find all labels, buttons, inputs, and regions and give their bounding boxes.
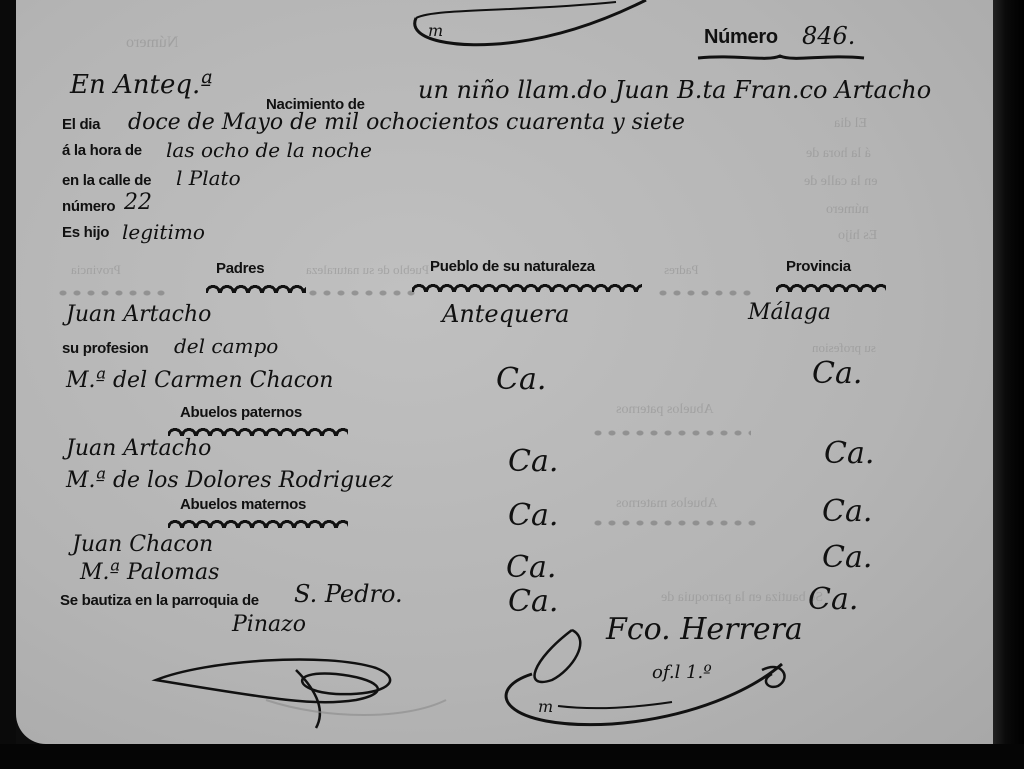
numero-underline-icon (696, 52, 866, 66)
profesion-label: su profesion (62, 340, 148, 357)
madre-provincia-mark: Ca. (812, 356, 862, 391)
ghost-numero2: número (826, 202, 869, 218)
bautizo-value: S. Pedro. (294, 580, 403, 608)
abuelos-paternos-label: Abuelos paternos (180, 404, 302, 421)
padre-pueblo: Antequera (442, 300, 569, 328)
ghost-wave-divider (591, 428, 751, 440)
calle-label: en la calle de (62, 172, 151, 189)
ghost-provincia: Provincia (71, 262, 121, 278)
scan-bottom-edge (0, 744, 1024, 769)
ghost-el-dia: El dia (834, 116, 867, 132)
hora-value: las ocho de la noche (166, 138, 372, 162)
abuela-materna-provincia: Ca. (808, 582, 858, 617)
ghost-hijo: Es hijo (838, 228, 877, 244)
abuela-materna-name: M.ª Palomas (80, 560, 219, 585)
abuela-paterna-name: M.ª de los Dolores Rodriguez (66, 468, 393, 493)
wave-divider-maternos (168, 516, 348, 528)
wave-divider-pueblo (412, 280, 642, 292)
padre-name: Juan Artacho (66, 302, 211, 327)
numero-label: Número (704, 26, 778, 49)
abuelo-paterno-pueblo: Ca. (508, 444, 558, 479)
numero-casa-value: 22 (124, 190, 152, 215)
ghost-bautiza: Se bautiza en la parroquia de (661, 590, 823, 606)
nacimiento-value: un niño llam.do Juan B.ta Fran.co Artach… (418, 76, 931, 104)
calle-value: l Plato (176, 166, 241, 190)
ghost-wave-divider (306, 288, 416, 300)
margin-note: En Anteq.ª (70, 70, 213, 100)
abuelo-materno-pueblo: Ca. (506, 550, 556, 585)
ghost-naturaleza: Pueblo de su naturaleza (306, 262, 429, 278)
abuela-materna-pueblo: Ca. (508, 584, 558, 619)
scan-left-edge (0, 0, 16, 769)
ghost-profesion: su profesion (812, 340, 876, 356)
ghost-numero: Número (126, 34, 178, 52)
wave-divider-provincia (776, 280, 886, 292)
signature-right-flourish-icon: m (492, 620, 792, 730)
abuela-paterna-pueblo: Ca. (508, 498, 558, 533)
wave-divider-paternos (168, 424, 348, 436)
abuelo-paterno-name: Juan Artacho (66, 436, 211, 461)
svg-text:m: m (538, 697, 553, 716)
padre-provincia: Málaga (748, 300, 831, 325)
book-binding-edge (993, 0, 1024, 769)
ghost-wave-divider (656, 288, 756, 300)
signature-left-flourish-icon (146, 640, 446, 730)
madre-name: M.ª del Carmen Chacon (66, 368, 333, 393)
hijo-label: Es hijo (62, 224, 109, 241)
header-pueblo: Pueblo de su naturaleza (430, 258, 595, 275)
hijo-value: legitimo (122, 220, 205, 244)
register-page: Número El dia á la hora de en la calle d… (16, 0, 996, 744)
header-padres: Padres (216, 260, 264, 277)
ghost-padres: Padres (664, 262, 699, 278)
madre-pueblo-mark: Ca. (496, 362, 546, 397)
abuelos-maternos-label: Abuelos maternos (180, 496, 306, 513)
abuela-paterna-provincia: Ca. (822, 494, 872, 529)
numero-value: 846. (802, 22, 855, 50)
ghost-hora: á la hora de (806, 146, 871, 162)
ghost-wave-divider (591, 518, 756, 530)
signature-left-name: Pinazo (232, 612, 306, 637)
dia-value: doce de Mayo de mil ochocientos cuarenta… (128, 110, 685, 135)
abuelo-paterno-provincia: Ca. (824, 436, 874, 471)
header-provincia: Provincia (786, 258, 851, 275)
ghost-abuelos-maternos: Abuelos maternos (616, 496, 717, 512)
numero-casa-label: número (62, 198, 115, 215)
bautizo-label: Se bautiza en la parroquia de (60, 592, 259, 609)
dia-label: El dia (62, 116, 100, 133)
svg-text:m: m (428, 21, 443, 40)
ghost-wave-divider (56, 288, 166, 300)
ghost-calle: en la calle de (804, 174, 877, 190)
wave-divider-padres (206, 281, 306, 293)
profesion-value: del campo (174, 334, 278, 358)
abuelo-materno-name: Juan Chacon (72, 532, 213, 557)
abuelo-materno-provincia: Ca. (822, 540, 872, 575)
top-flourish-icon: m (396, 0, 656, 60)
ghost-abuelos-paternos: Abuelos paternos (616, 402, 714, 418)
hora-label: á la hora de (62, 142, 142, 159)
